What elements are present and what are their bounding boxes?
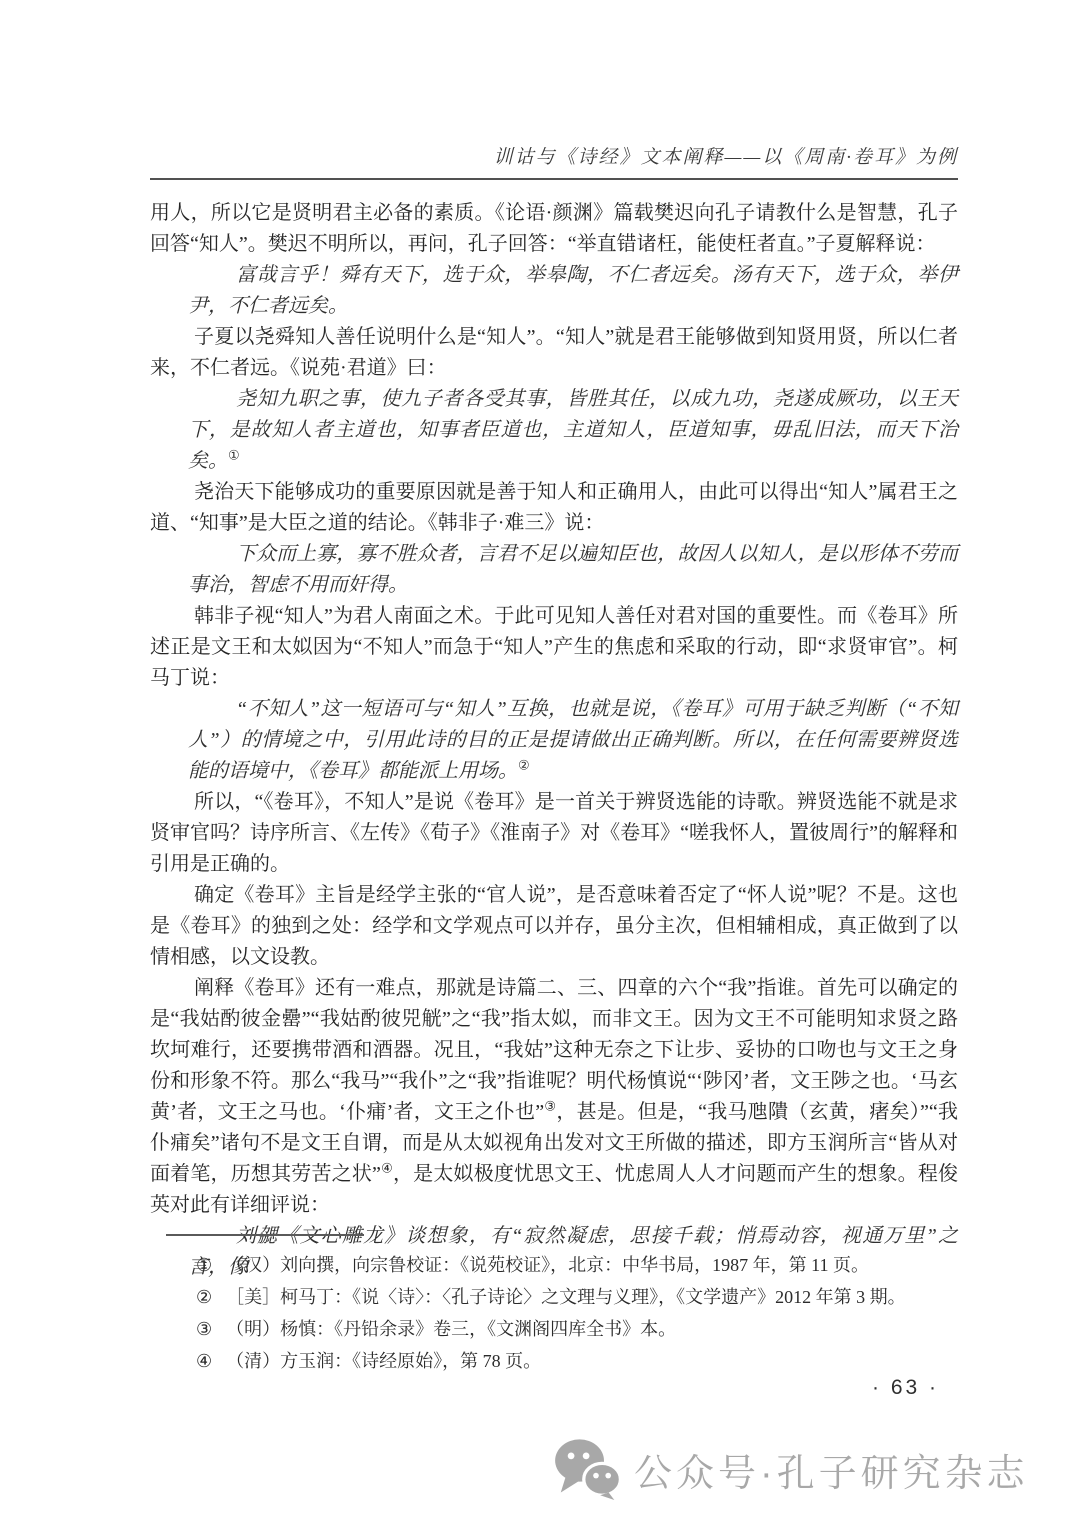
footnote-marker: ③: [150, 1313, 226, 1345]
scanned-document-page: 训诂与《诗经》文本阐释——以《周南·卷耳》为例 用人，所以它是贤明君主必备的素质…: [0, 0, 1080, 1526]
banner-label: 公众号·孔子研究杂志: [634, 1442, 1029, 1497]
footnote-ref: ③: [544, 1098, 556, 1113]
paragraph: 用人，所以它是贤明君主必备的素质。《论语·颜渊》篇载樊迟向孔子请教什么是智慧，孔…: [150, 198, 958, 260]
wechat-icon: [554, 1438, 622, 1500]
footnote-marker: ①: [150, 1249, 226, 1281]
footnote-list: ① （汉）刘向撰，向宗鲁校证：《说苑校证》，北京：中华书局，1987 年，第 1…: [150, 1249, 958, 1377]
wechat-banner: 公众号·孔子研究杂志: [554, 1438, 1029, 1500]
footnote-item: ③ （明）杨慎：《丹铅余录》卷三，《文渊阁四库全书》本。: [150, 1313, 958, 1345]
footnote-marker: ④: [150, 1345, 226, 1377]
footnote-item: ① （汉）刘向撰，向宗鲁校证：《说苑校证》，北京：中华书局，1987 年，第 1…: [150, 1249, 958, 1281]
footnote-separator: [166, 1234, 364, 1236]
running-head-title: 训诂与《诗经》文本阐释——以《周南·卷耳》为例: [150, 142, 958, 180]
page-number: · 63 ·: [872, 1376, 939, 1400]
footnote-text: （明）杨慎：《丹铅余录》卷三，《文渊阁四库全书》本。: [226, 1313, 958, 1345]
paragraph: 尧治天下能够成功的重要原因就是善于知人和正确用人，由此可以得出“知人”属君王之道…: [150, 477, 958, 539]
block-quote: 下众而上寡，寡不胜众者，言君不足以遍知臣也，故因人以知人，是以形体不劳而事治，智…: [188, 539, 958, 601]
paragraph: 所以，“《卷耳》，不知人”是说《卷耳》是一首关于辨贤选能的诗歌。辨贤选能不就是求…: [150, 787, 958, 880]
article-body: 用人，所以它是贤明君主必备的素质。《论语·颜渊》篇载樊迟向孔子请教什么是智慧，孔…: [150, 198, 958, 1283]
paragraph: 确定《卷耳》主旨是经学主张的“官人说”，是否意味着否定了“怀人说”呢？不是。这也…: [150, 880, 958, 973]
block-quote: 富哉言乎！舜有天下，选于众，举皋陶，不仁者远矣。汤有天下，选于众，举伊尹，不仁者…: [188, 260, 958, 322]
footnotes-section: ① （汉）刘向撰，向宗鲁校证：《说苑校证》，北京：中华书局，1987 年，第 1…: [150, 1234, 958, 1377]
block-quote: “不知人”这一短语可与“知人”互换，也就是说，《卷耳》可用于缺乏判断（“不知人”…: [188, 694, 958, 787]
block-quote: 尧知九职之事，使九子者各受其事，皆胜其任，以成九功，尧遂成厥功，以王天下，是故知…: [188, 384, 958, 477]
footnote-ref: ④: [381, 1160, 393, 1175]
paragraph: 阐释《卷耳》还有一难点，那就是诗篇二、三、四章的六个“我”指谁。首先可以确定的是…: [150, 973, 958, 1221]
footnote-text: （汉）刘向撰，向宗鲁校证：《说苑校证》，北京：中华书局，1987 年，第 11 …: [226, 1249, 958, 1281]
footnote-text: ［美］柯马丁：《说〈诗〉：〈孔子诗论〉之文理与义理》，《文学遗产》2012 年第…: [226, 1281, 958, 1313]
footnote-marker: ②: [150, 1281, 226, 1313]
paragraph: 韩非子视“知人”为君人南面之术。于此可见知人善任对君对国的重要性。而《卷耳》所述…: [150, 601, 958, 694]
footnote-text: （清）方玉润：《诗经原始》，第 78 页。: [226, 1345, 958, 1377]
footnote-ref: ②: [518, 757, 530, 772]
footnote-ref: ①: [228, 447, 240, 462]
footnote-item: ② ［美］柯马丁：《说〈诗〉：〈孔子诗论〉之文理与义理》，《文学遗产》2012 …: [150, 1281, 958, 1313]
footnote-item: ④ （清）方玉润：《诗经原始》，第 78 页。: [150, 1345, 958, 1377]
paragraph: 子夏以尧舜知人善任说明什么是“知人”。“知人”就是君王能够做到知贤用贤，所以仁者…: [150, 322, 958, 384]
